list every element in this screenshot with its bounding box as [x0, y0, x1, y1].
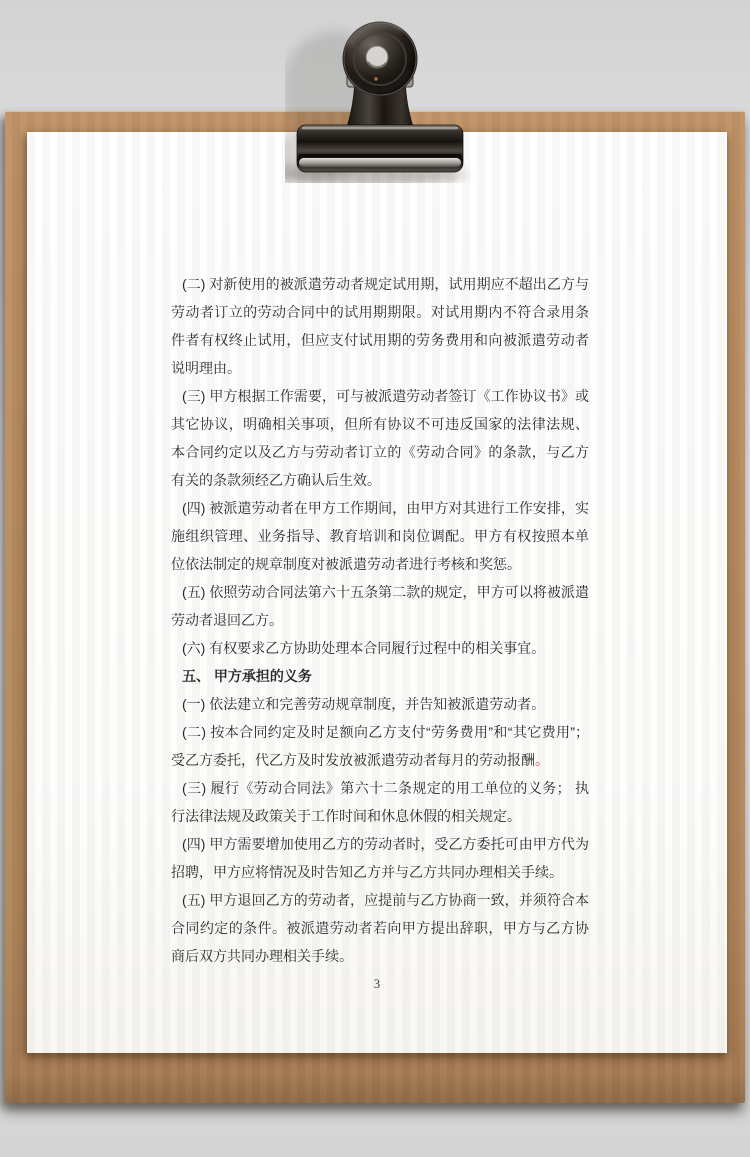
paragraph-5-3: (三) 履行《劳动合同法》第六十二条规定的用工单位的义务； 执行法律法规及政策关… [171, 774, 589, 830]
paragraph-4-3: (三) 甲方根据工作需要，可与被派遣劳动者签订《工作协议书》或其它协议，明确相关… [171, 382, 589, 494]
section-heading: 五、 甲方承担的义务 [171, 662, 589, 690]
clip-jaw-highlight [302, 127, 458, 129]
clip-jaw-seam [299, 154, 461, 157]
red-period-mark: 。 [535, 752, 549, 768]
page-number: 3 [27, 977, 727, 992]
paragraph-5-2: (二) 按本合同约定及时足额向乙方支付“劳务费用”和“其它费用”；受乙方委托，代… [171, 718, 589, 774]
clip-amber-glint [374, 77, 377, 80]
clip-jaw-lip [299, 158, 461, 167]
paragraph-4-2: (二) 对新使用的被派遣劳动者规定试用期，试用期应不超出乙方与劳动者订立的劳动合… [171, 270, 589, 382]
paragraph-4-4: (四) 被派遣劳动者在甲方工作期间，由甲方对其进行工作安排，实施组织管理、业务指… [171, 494, 589, 578]
paragraph-5-1: (一) 依法建立和完善劳动规章制度，并告知被派遣劳动者。 [171, 690, 589, 718]
document-text: (二) 对新使用的被派遣劳动者规定试用期，试用期应不超出乙方与劳动者订立的劳动合… [171, 270, 589, 970]
paragraph-5-4: (四) 甲方需要增加使用乙方的劳动者时，受乙方委托可由甲方代为招聘，甲方应将情况… [171, 830, 589, 886]
bulldog-clip-icon [285, 13, 475, 183]
paragraph-4-6: (六) 有权要求乙方协助处理本合同履行过程中的相关事宜。 [171, 634, 589, 662]
paragraph-4-5: (五) 依照劳动合同法第六十五条第二款的规定，甲方可以将被派遣劳动者退回乙方。 [171, 578, 589, 634]
paragraph-5-2-text: (二) 按本合同约定及时足额向乙方支付“劳务费用”和“其它费用”；受乙方委托，代… [171, 724, 589, 768]
document-page: (二) 对新使用的被派遣劳动者规定试用期，试用期应不超出乙方与劳动者订立的劳动合… [27, 132, 727, 1053]
clipboard: (二) 对新使用的被派遣劳动者规定试用期，试用期应不超出乙方与劳动者订立的劳动合… [5, 111, 745, 1103]
paragraph-5-5: (五) 甲方退回乙方的劳动者，应提前与乙方协商一致，并须符合本合同约定的条件。被… [171, 886, 589, 970]
